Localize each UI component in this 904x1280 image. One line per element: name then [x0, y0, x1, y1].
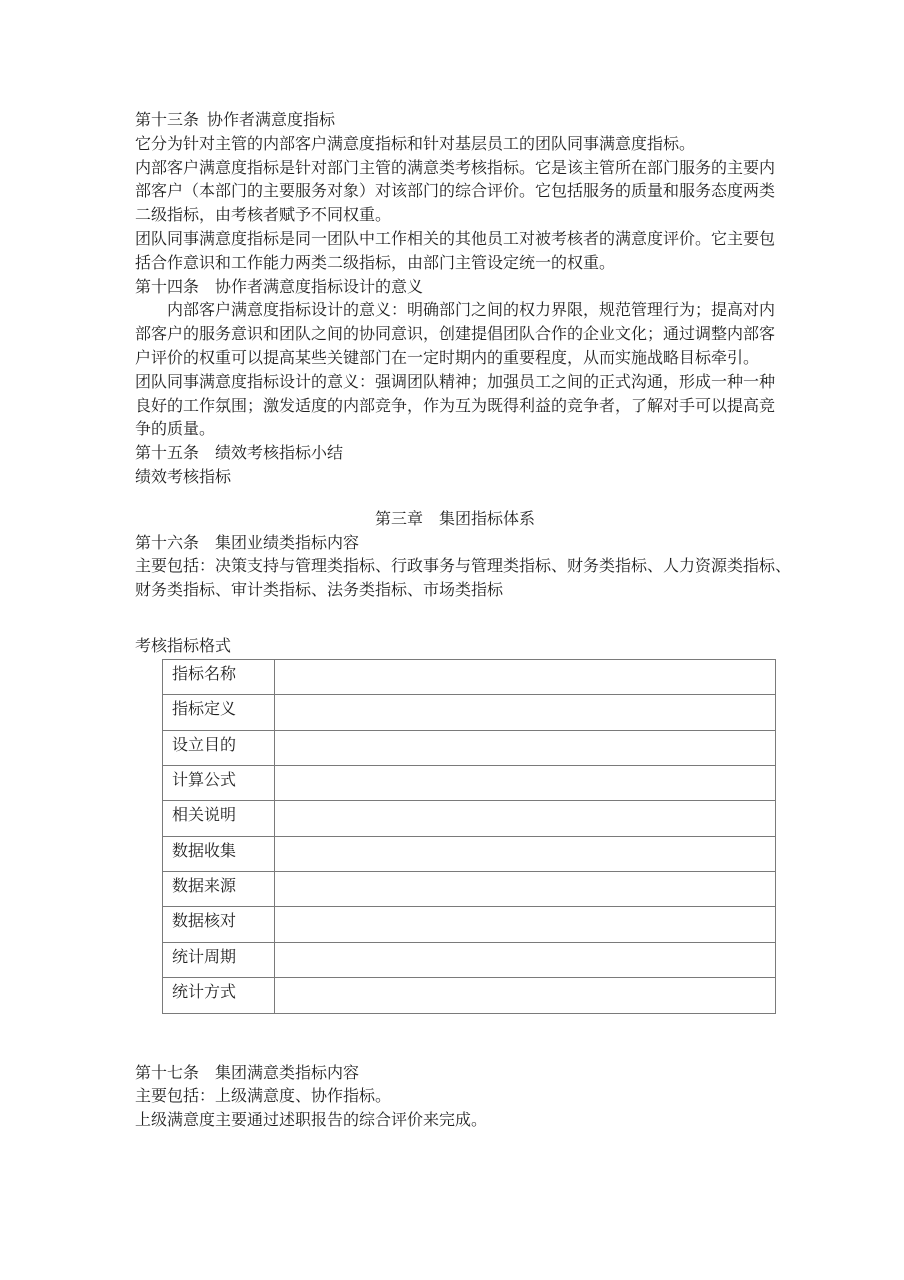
text-line: 内部客户满意度指标是针对部门主管的满意类考核指标。它是该主管所在部门服务的主要内	[135, 157, 775, 181]
text-line: 主要包括：决策支持与管理类指标、行政事务与管理类指标、财务类指标、人力资源类指标…	[135, 555, 775, 579]
table-row: 统计周期	[163, 942, 776, 977]
row-label: 数据核对	[163, 907, 275, 942]
table-row: 计算公式	[163, 765, 776, 800]
text-line: 绩效考核指标	[135, 466, 775, 490]
row-label: 指标定义	[163, 695, 275, 730]
table-row: 指标名称	[163, 659, 776, 694]
article-14-heading: 第十四条 协作者满意度指标设计的意义	[135, 276, 775, 300]
row-value	[275, 765, 776, 800]
article-17-heading: 第十七条 集团满意类指标内容	[135, 1062, 775, 1086]
row-value	[275, 907, 776, 942]
row-label: 相关说明	[163, 801, 275, 836]
blank-line	[135, 1014, 775, 1062]
row-label: 计算公式	[163, 765, 275, 800]
text-line: 括合作意识和工作能力两类二级指标，由部门主管设定统一的权重。	[135, 252, 775, 276]
table-row: 数据收集	[163, 836, 776, 871]
table-caption: 考核指标格式	[135, 635, 775, 659]
text-line: 部客户的服务意识和团队之间的协同意识，创建提倡团队合作的企业文化；通过调整内部客	[135, 323, 775, 347]
text-line: 争的质量。	[135, 418, 775, 442]
row-value	[275, 801, 776, 836]
article-16-heading: 第十六条 集团业绩类指标内容	[135, 532, 775, 556]
row-label: 指标名称	[163, 659, 275, 694]
indicator-format-table: 指标名称 指标定义 设立目的 计算公式 相关说明	[162, 659, 776, 1014]
text-line: 团队同事满意度指标是同一团队中工作相关的其他员工对被考核者的满意度评价。它主要包	[135, 228, 775, 252]
table-row: 设立目的	[163, 730, 776, 765]
table-row: 数据核对	[163, 907, 776, 942]
text-line: 它分为针对主管的内部客户满意度指标和针对基层员工的团队同事满意度指标。	[135, 133, 775, 157]
text-line: 上级满意度主要通过述职报告的综合评价来完成。	[135, 1109, 775, 1133]
text-line: 主要包括：上级满意度、协作指标。	[135, 1085, 775, 1109]
row-label: 统计周期	[163, 942, 275, 977]
row-label: 统计方式	[163, 978, 275, 1013]
text-line: 良好的工作氛围；激发适度的内部竞争，作为互为既得利益的竞争者，了解对手可以提高竞	[135, 395, 775, 419]
text-line: 财务类指标、审计类指标、法务类指标、市场类指标	[135, 579, 775, 603]
row-value	[275, 836, 776, 871]
row-value	[275, 942, 776, 977]
blank-line	[135, 603, 775, 635]
row-value	[275, 695, 776, 730]
document-page: 第十三条 协作者满意度指标 它分为针对主管的内部客户满意度指标和针对基层员工的团…	[0, 0, 904, 1280]
row-label: 设立目的	[163, 730, 275, 765]
text-line: 团队同事满意度指标设计的意义：强调团队精神；加强员工之间的正式沟通，形成一种一种	[135, 371, 775, 395]
text-line: 二级指标，由考核者赋予不同权重。	[135, 204, 775, 228]
article-13-heading: 第十三条 协作者满意度指标	[135, 109, 775, 133]
row-value	[275, 978, 776, 1013]
row-label: 数据收集	[163, 836, 275, 871]
text-line: 部客户（本部门的主要服务对象）对该部门的综合评价。它包括服务的质量和服务态度两类	[135, 180, 775, 204]
article-15-heading: 第十五条 绩效考核指标小结	[135, 442, 775, 466]
table-row: 指标定义	[163, 695, 776, 730]
table-row: 数据来源	[163, 872, 776, 907]
text-line: 内部客户满意度指标设计的意义：明确部门之间的权力界限，规范管理行为；提高对内	[135, 299, 775, 323]
table-row: 统计方式	[163, 978, 776, 1013]
chapter-heading: 第三章 集团指标体系	[135, 508, 775, 532]
document-body: 第十三条 协作者满意度指标 它分为针对主管的内部客户满意度指标和针对基层员工的团…	[135, 109, 775, 1133]
row-label: 数据来源	[163, 872, 275, 907]
table-row: 相关说明	[163, 801, 776, 836]
row-value	[275, 872, 776, 907]
text-line: 户评价的权重可以提高某些关键部门在一定时期内的重要程度，从而实施战略目标牵引。	[135, 347, 775, 371]
blank-line	[135, 490, 775, 508]
row-value	[275, 730, 776, 765]
row-value	[275, 659, 776, 694]
